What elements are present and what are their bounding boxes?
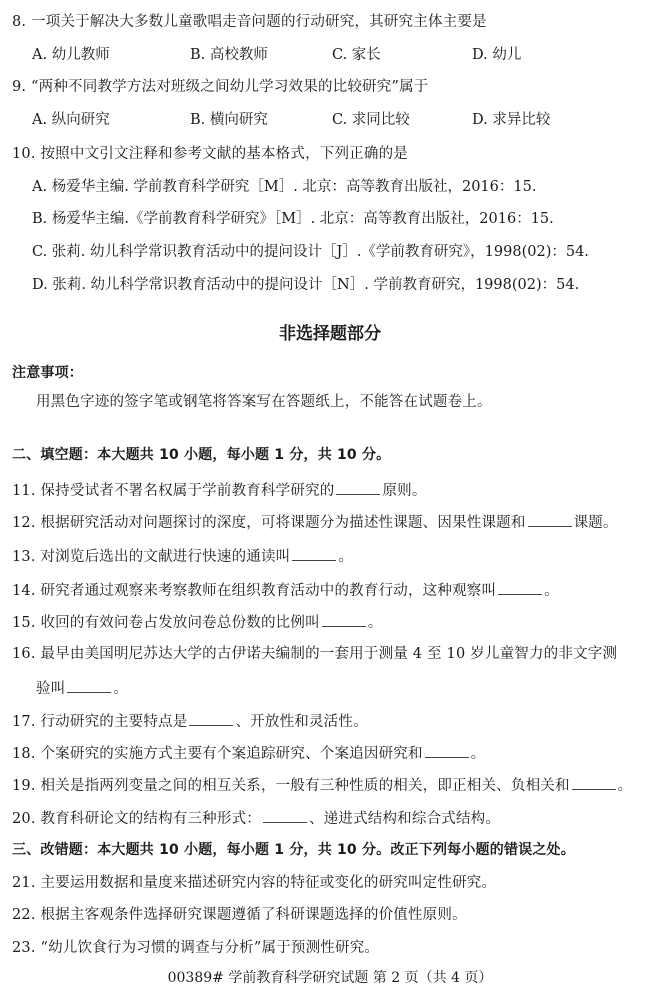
question-11-text: 11. 保持受试者不署名权属于学前教育科学研究的 [12,483,334,499]
question-15: 15. 收回的有效问卷占发放问卷总份数的比例叫。 [12,612,382,632]
question-9-option-d: D. 求异比较 [472,111,550,129]
question-16-text: 16. 最早由美国明尼苏达大学的古伊诺夫编制的一套用于测量 4 至 10 岁儿童… [12,646,617,662]
question-21: 21. 主要运用数据和量度来描述研究内容的特征或变化的研究叫定性研究。 [12,874,496,892]
question-19-tail: 。 [618,778,633,794]
question-13-tail: 。 [338,549,353,565]
question-13-text: 13. 对浏览后选出的文献进行快速的通读叫 [12,549,290,565]
answer-blank [572,775,616,790]
answer-blank [425,743,469,758]
answer-blank [498,580,542,595]
question-11: 11. 保持受试者不署名权属于学前教育科学研究的原则。 [12,480,427,500]
answer-blank [263,808,307,823]
question-10-option-a: A. 杨爱华主编. 学前教育科学研究［M］. 北京：高等教育出版社，2016：1… [32,178,536,196]
answer-blank [528,512,572,527]
answer-blank [292,546,336,561]
question-20: 20. 教育科研论文的结构有三种形式：、递进式结构和综合式结构。 [12,808,500,828]
question-16: 16. 最早由美国明尼苏达大学的古伊诺夫编制的一套用于测量 4 至 10 岁儿童… [12,645,617,663]
question-22: 22. 根据主客观条件选择研究课题遵循了科研课题选择的价值性原则。 [12,906,467,924]
question-9-stem: 9. “两种不同教学方法对班级之间幼儿学习效果的比较研究”属于 [12,78,428,96]
question-18-tail: 。 [471,746,486,762]
question-19-text: 19. 相关是指两列变量之间的相互关系，一般有三种性质的相关，即正相关、负相关和 [12,778,570,794]
question-18: 18. 个案研究的实施方式主要有个案追踪研究、个案追因研究和。 [12,743,485,763]
section-2-heading: 二、填空题：本大题共 10 小题，每小题 1 分，共 10 分。 [12,446,390,464]
page-footer: 00389# 学前教育科学研究试题 第 2 页（共 4 页） [0,967,660,987]
question-11-tail: 原则。 [382,483,426,499]
notice-heading: 注意事项： [12,364,83,382]
question-14-text: 14. 研究者通过观察来考察教师在组织教育活动中的教育行动，这种观察叫 [12,583,496,599]
question-17: 17. 行动研究的主要特点是、开放性和灵活性。 [12,711,368,731]
question-9-option-c: C. 求同比较 [332,111,410,129]
question-10-stem: 10. 按照中文引文注释和参考文献的基本格式，下列正确的是 [12,145,408,163]
answer-blank [189,711,233,726]
question-10-option-b: B. 杨爱华主编.《学前教育科学研究》［M］. 北京：高等教育出版社，2016：… [32,210,554,228]
answer-blank [336,480,380,495]
question-17-tail: 、开放性和灵活性。 [235,714,367,730]
question-19: 19. 相关是指两列变量之间的相互关系，一般有三种性质的相关，即正相关、负相关和… [12,775,632,795]
question-10-option-d: D. 张莉. 幼儿科学常识教育活动中的提问设计［N］. 学前教育研究，1998(… [32,276,579,294]
question-16-continued: 验叫。 [36,678,128,698]
question-16-text-cont: 验叫 [36,681,65,697]
question-8-option-d: D. 幼儿 [472,46,521,64]
question-9-option-b: B. 横向研究 [190,111,268,129]
section-title: 非选择题部分 [0,319,660,344]
answer-blank [67,678,111,693]
question-14-tail: 。 [544,583,559,599]
question-8-option-b: B. 高校教师 [190,46,268,64]
notice-text: 用黑色字迹的签字笔或钢笔将答案写在答题纸上，不能答在试题卷上。 [36,393,492,411]
question-23: 23. “幼儿饮食行为习惯的调查与分析”属于预测性研究。 [12,939,379,957]
question-8-option-a: A. 幼儿教师 [32,46,110,64]
question-14: 14. 研究者通过观察来考察教师在组织教育活动中的教育行动，这种观察叫。 [12,580,559,600]
question-15-text: 15. 收回的有效问卷占发放问卷总份数的比例叫 [12,615,320,631]
question-17-text: 17. 行动研究的主要特点是 [12,714,187,730]
section-3-heading: 三、改错题：本大题共 10 小题，每小题 1 分，共 10 分。改正下列每小题的… [12,841,575,859]
question-15-tail: 。 [368,615,383,631]
question-20-tail: 、递进式结构和综合式结构。 [309,811,500,827]
question-12-tail: 课题。 [574,515,618,531]
question-12-text: 12. 根据研究活动对问题探讨的深度，可将课题分为描述性课题、因果性课题和 [12,515,526,531]
question-18-text: 18. 个案研究的实施方式主要有个案追踪研究、个案追因研究和 [12,746,423,762]
question-20-text: 20. 教育科研论文的结构有三种形式： [12,811,261,827]
question-16-tail: 。 [113,681,128,697]
answer-blank [322,612,366,627]
question-13: 13. 对浏览后选出的文献进行快速的通读叫。 [12,546,353,566]
question-12: 12. 根据研究活动对问题探讨的深度，可将课题分为描述性课题、因果性课题和课题。 [12,512,618,532]
question-9-option-a: A. 纵向研究 [32,111,110,129]
question-8-option-c: C. 家长 [332,46,381,64]
question-8-stem: 8. 一项关于解决大多数儿童歌唱走音问题的行动研究，其研究主体主要是 [12,13,487,31]
question-10-option-c: C. 张莉. 幼儿科学常识教育活动中的提问设计［J］.《学前教育研究》，1998… [32,243,589,261]
